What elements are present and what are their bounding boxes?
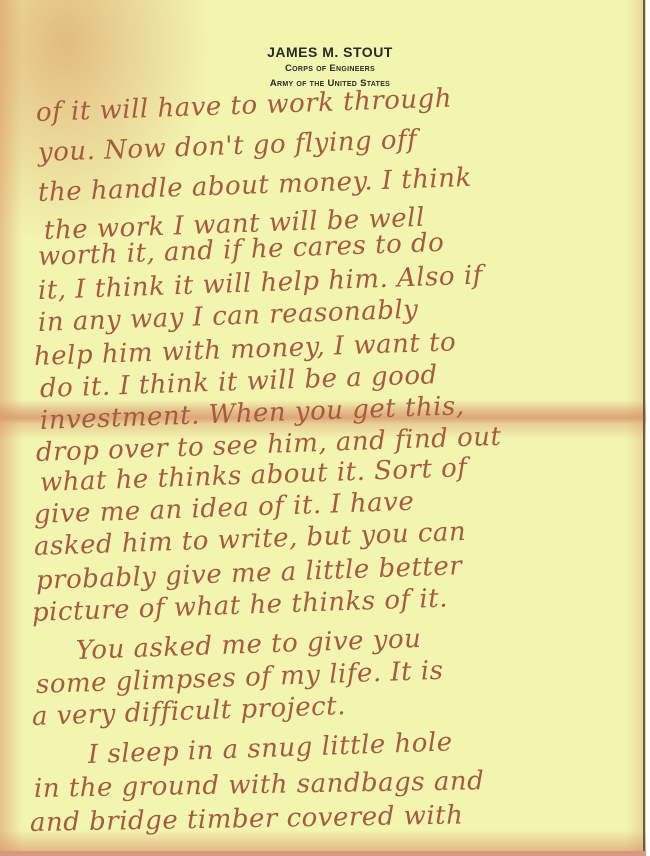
handwritten-line: I sleep in a snug little hole (87, 727, 453, 770)
letter-page: JAMES M. STOUT Corps of Engineers Army o… (0, 0, 646, 852)
handwritten-line: you. Now don't go flying off (37, 125, 417, 168)
handwritten-line: in the ground with sandbags and (34, 766, 485, 804)
handwritten-line: the handle about money. I think (37, 163, 472, 208)
handwritten-line: and bridge timber covered with (30, 800, 464, 838)
handwritten-line: of it will have to work through (35, 83, 452, 128)
handwritten-body: of it will have to work through you. Now… (0, 0, 650, 856)
